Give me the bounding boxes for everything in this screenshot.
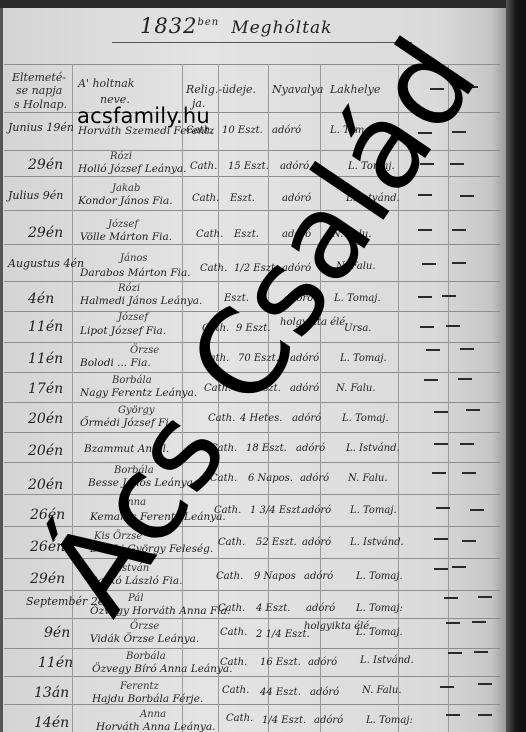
row-date: 14én — [34, 716, 69, 730]
row-age: 4 Eszt. — [256, 604, 290, 614]
row-name: Halmedi János Leánya. — [80, 296, 202, 307]
empty-cell-dash — [462, 472, 476, 474]
empty-cell-dash — [434, 443, 448, 445]
row-illness: adóró — [272, 126, 301, 136]
empty-cell-dash — [442, 295, 456, 297]
row-illness: adóró — [292, 414, 321, 424]
row-date: 11én — [28, 352, 63, 366]
empty-cell-dash — [458, 378, 472, 380]
row-illness: adóró — [296, 444, 325, 454]
row-religion: Cath. — [216, 572, 243, 582]
row-date: 29én — [28, 226, 63, 240]
scan-top-edge — [0, 0, 526, 8]
empty-cell-dash — [420, 326, 434, 328]
empty-cell-dash — [446, 325, 460, 327]
empty-cell-dash — [432, 472, 446, 474]
header-date-line1: Eltemeté- — [12, 72, 66, 83]
row-age: 2 1/4 Eszt. — [256, 630, 310, 640]
row-illness: adóró — [302, 538, 331, 548]
row-age: Eszt. — [230, 194, 255, 204]
empty-cell-dash — [434, 411, 448, 413]
row-given-name: Rózi — [118, 284, 140, 294]
row-age: 9 Napos — [254, 572, 296, 582]
row-given-name: Örzse — [130, 346, 159, 356]
ruling-line — [4, 676, 500, 677]
row-religion: Cath. — [218, 604, 245, 614]
row-given-name: Borbála — [126, 652, 166, 662]
row-age: 6 Napos. — [248, 474, 293, 484]
header-religion-line1: Relig.- — [186, 84, 222, 95]
row-illness: adóró — [310, 688, 339, 698]
empty-cell-dash — [478, 714, 492, 716]
row-place: N. Falu. — [336, 384, 376, 394]
row-place: L. Tomaj. — [350, 506, 397, 516]
row-place: L. Tomaj. — [356, 572, 403, 582]
row-illness: adóró — [302, 506, 331, 516]
empty-cell-dash — [426, 349, 440, 351]
row-given-name: Ferentz — [120, 682, 159, 692]
row-date: 29én — [28, 158, 63, 172]
row-name: Özvegy Bíró Anna Leánya. — [92, 664, 232, 675]
row-illness: adóró — [300, 474, 329, 484]
empty-cell-dash — [452, 229, 466, 231]
column-divider — [72, 64, 73, 732]
header-illness: Nyavalya — [272, 84, 323, 95]
row-age: 1/4 Eszt. — [262, 716, 306, 726]
row-place: L. Tomaj. — [342, 414, 389, 424]
header-date-line3: s Holnap. — [14, 99, 67, 110]
empty-cell-dash — [452, 262, 466, 264]
row-age: 15 Eszt. — [228, 162, 269, 172]
row-religion: Cath. — [218, 538, 245, 548]
row-religion: Cath. — [220, 628, 247, 638]
page-title: 1832benMeghóltak — [140, 14, 332, 38]
row-illness: adóró — [306, 604, 335, 614]
row-illness: adóró — [308, 658, 337, 668]
empty-cell-dash — [424, 379, 438, 381]
empty-cell-dash — [478, 596, 492, 598]
row-name: Darabos Márton Fia. — [80, 268, 191, 279]
row-age: 1 3/4 Eszt. — [250, 506, 304, 516]
empty-cell-dash — [462, 540, 476, 542]
row-date: 20én — [28, 444, 63, 458]
empty-cell-dash — [460, 348, 474, 350]
row-given-name: József — [118, 313, 148, 323]
row-date: 11én — [38, 656, 73, 670]
row-name: Holló József Leánya. — [78, 164, 186, 175]
empty-cell-dash — [418, 296, 432, 298]
row-given-name: János — [120, 254, 148, 264]
empty-cell-dash — [418, 229, 432, 231]
row-name: Völle Márton Fia. — [80, 232, 172, 243]
row-place: L. Istvánd. — [360, 656, 414, 666]
title-word: Meghóltak — [231, 18, 332, 38]
row-date: 13án — [34, 686, 69, 700]
row-place: Ursa. — [344, 324, 371, 334]
row-date: Julius 9én — [8, 190, 63, 201]
empty-cell-dash — [478, 683, 492, 685]
empty-cell-dash — [466, 409, 480, 411]
empty-cell-dash — [446, 622, 460, 624]
row-given-name: Anna — [140, 710, 166, 720]
row-religion: Cath. — [196, 230, 223, 240]
row-name: Vidák Örzse Leánya. — [90, 634, 199, 645]
row-illness: adóró — [304, 572, 333, 582]
header-date-line2: se napja — [16, 85, 62, 96]
row-age: 10 Eszt. — [222, 126, 263, 136]
row-illness: adóró — [314, 716, 343, 726]
empty-cell-dash — [452, 566, 466, 568]
header-name-line1: A' holtnak — [78, 78, 134, 89]
site-watermark: acsfamily.hu — [77, 104, 210, 128]
title-underline — [112, 42, 412, 43]
row-religion: Cath. — [220, 658, 247, 668]
row-date: 20én — [28, 478, 63, 492]
page-left-edge — [0, 0, 3, 732]
row-date: 4én — [28, 292, 54, 306]
empty-cell-dash — [434, 568, 448, 570]
register-page: 1832benMeghóltak Eltemeté- se napja s Ho… — [0, 0, 512, 732]
row-place: L. Tomaj. — [356, 628, 403, 638]
row-date: 20én — [28, 412, 63, 426]
ruling-line — [4, 704, 500, 705]
row-given-name: József — [108, 220, 138, 230]
row-name: Horváth Anna Leánya. — [96, 722, 215, 732]
row-religion: Cath. — [222, 686, 249, 696]
title-suffix: ben — [197, 17, 219, 28]
empty-cell-dash — [444, 597, 458, 599]
row-date: Junius 19én — [8, 122, 74, 133]
row-given-name: Rózi — [110, 152, 132, 162]
row-place: L. Istvánd. — [350, 538, 404, 548]
row-given-name: Jakab — [112, 184, 140, 194]
row-date: 11én — [28, 320, 63, 334]
ruling-line — [4, 210, 500, 211]
row-date: Augustus 4én — [8, 258, 84, 269]
empty-cell-dash — [474, 651, 488, 653]
empty-cell-dash — [436, 507, 450, 509]
book-binding-edge — [506, 0, 526, 732]
empty-cell-dash — [434, 538, 448, 540]
header-age: üdeje. — [222, 84, 256, 95]
row-place: N. Falu. — [362, 686, 402, 696]
ruling-line — [4, 618, 500, 619]
row-name: Kondor János Fia. — [78, 196, 173, 207]
empty-cell-dash — [448, 652, 462, 654]
row-age: 44 Eszt. — [260, 688, 301, 698]
row-place: N. Falu. — [348, 474, 388, 484]
row-name: Hajdu Borbála Férje. — [92, 694, 203, 705]
title-year: 1832 — [140, 14, 197, 38]
row-religion: Cath. — [226, 714, 253, 724]
row-date: 9én — [44, 626, 70, 640]
row-name: Lipot József Fia. — [80, 326, 166, 337]
row-religion: Cath. — [192, 194, 219, 204]
empty-cell-dash — [446, 714, 460, 716]
row-place: L. Tomaj. — [340, 354, 387, 364]
row-date: 17én — [28, 382, 63, 396]
empty-cell-dash — [460, 443, 474, 445]
empty-cell-dash — [422, 263, 436, 265]
row-age: 16 Eszt. — [260, 658, 301, 668]
empty-cell-dash — [460, 195, 474, 197]
row-place: L. Istvánd. — [346, 444, 400, 454]
row-place: L. Tomaj: — [356, 604, 403, 614]
row-age: 52 Eszt. — [256, 538, 297, 548]
row-name: Bolodi ... Fia. — [80, 358, 151, 369]
empty-cell-dash — [470, 509, 484, 511]
row-religion: Cath. — [190, 162, 217, 172]
empty-cell-dash — [472, 621, 486, 623]
ruling-line — [4, 648, 500, 649]
empty-cell-dash — [440, 686, 454, 688]
row-place: L. Tomaj: — [366, 716, 413, 726]
